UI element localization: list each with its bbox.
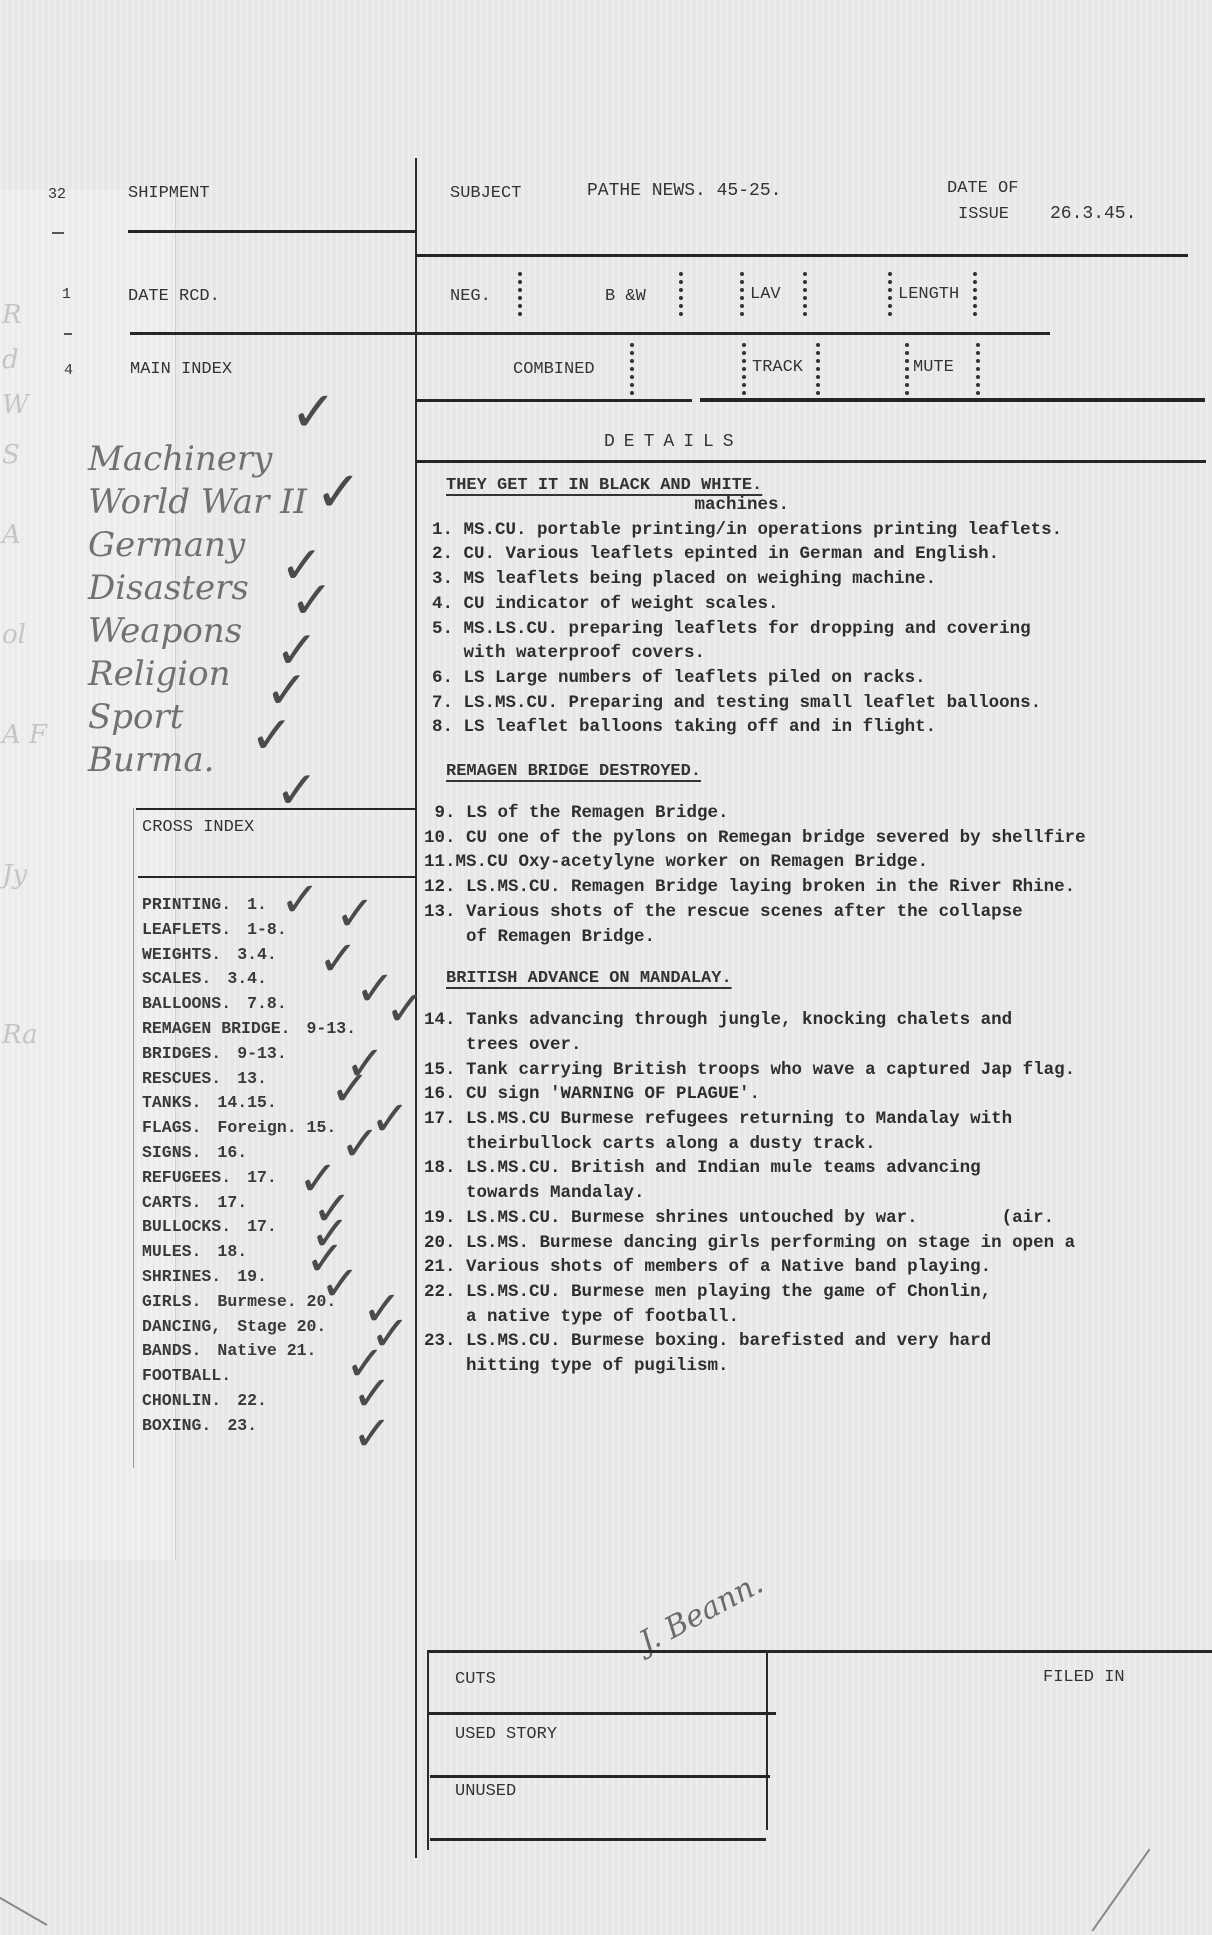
shot-line: hitting type of pugilism. (424, 1354, 1086, 1379)
shot-line: 8. LS leaflet balloons taking off and in… (432, 715, 1086, 740)
cuts-label: CUTS (455, 1670, 496, 1689)
bleed-through-handwriting: R (2, 300, 22, 330)
track-label: TRACK (752, 358, 803, 377)
cross-index-term: BANDS. (142, 1339, 201, 1364)
main-index-entry: Disasters (88, 567, 307, 610)
cross-index-term: MULES. (142, 1240, 201, 1265)
cross-index-ref: 13. (237, 1069, 267, 1088)
filed-in-label: FILED IN (1043, 1668, 1125, 1687)
margin-number: 4 (64, 362, 73, 379)
cross-index-term: BALLOONS. (142, 992, 231, 1017)
bleed-through-handwriting: ol (2, 620, 26, 650)
cross-index-term: SIGNS. (142, 1141, 201, 1166)
cross-index-term: BOXING. (142, 1414, 211, 1439)
cross-index-row: PRINTING.1. (142, 893, 356, 918)
cross-index-row: BALLOONS.7.8. (142, 992, 356, 1017)
shot-line: 21. Various shots of members of a Native… (424, 1255, 1086, 1280)
cross-index-ref: 22. (237, 1391, 267, 1410)
box-border (766, 1650, 768, 1830)
divider (128, 230, 416, 233)
check-mark-icon: ✓ (320, 1260, 360, 1308)
shot-line: towards Mandalay. (424, 1181, 1086, 1206)
cross-index-ref: 17. (247, 1217, 277, 1236)
field-separator (518, 272, 526, 316)
cross-index-row: FLAGS.Foreign. 15. (142, 1116, 356, 1141)
field-separator (740, 272, 748, 316)
cross-index-row: DANCING,Stage 20. (142, 1315, 356, 1340)
cross-index-ref: Burmese. 20. (217, 1292, 336, 1311)
cross-index-term: FLAGS. (142, 1116, 201, 1141)
check-mark-icon: ✓ (280, 876, 320, 924)
cross-index-term: SHRINES. (142, 1265, 221, 1290)
date-of-issue-label: DATE OF (947, 179, 1018, 198)
margin-dash (64, 333, 72, 335)
check-mark-icon: ✓ (275, 765, 319, 817)
cross-index-ref: 17. (217, 1193, 247, 1212)
shot-line: a native type of football. (424, 1305, 1086, 1330)
shot-line: 11.MS.CU Oxy-acetylyne worker on Remagen… (424, 850, 1086, 875)
bw-label: B &W (605, 287, 646, 306)
divider (428, 1712, 776, 1715)
margin-number: 32 (48, 186, 66, 203)
length-label: LENGTH (898, 285, 959, 304)
cross-index-term: CHONLIN. (142, 1389, 221, 1414)
cross-index-term: LEAFLETS. (142, 918, 231, 943)
cross-index-ref: 16. (217, 1143, 247, 1162)
date-rcd-label: DATE RCD. (128, 287, 220, 306)
shot-line: 4. CU indicator of weight scales. (432, 592, 1086, 617)
cross-index-ref: Stage 20. (237, 1317, 326, 1336)
cross-index-term: REFUGEES. (142, 1166, 231, 1191)
field-separator (679, 272, 687, 316)
divider (430, 1775, 770, 1778)
shot-line: 9. LS of the Remagen Bridge. (424, 801, 1086, 826)
shot-line: 13. Various shots of the rescue scenes a… (424, 900, 1086, 925)
date-of-issue-value: 26.3.45. (1050, 204, 1136, 224)
cross-index-ref: 23. (227, 1416, 257, 1435)
shipment-label: SHIPMENT (128, 184, 210, 203)
check-mark-icon: ✓ (352, 1410, 392, 1458)
shot-line: 5. MS.LS.CU. preparing leaflets for drop… (432, 617, 1086, 642)
mute-label: MUTE (913, 358, 954, 377)
folded-corner (0, 1894, 47, 1926)
shot-line: 14. Tanks advancing through jungle, knoc… (424, 1008, 1086, 1033)
check-mark-icon: ✓ (250, 710, 294, 762)
section-heading: BRITISH ADVANCE ON MANDALAY. (446, 969, 1086, 988)
cross-index-row: BOXING.23. (142, 1414, 356, 1439)
bleed-through-handwriting: A F (2, 720, 47, 750)
shot-line: trees over. (424, 1033, 1086, 1058)
shot-line: 2. CU. Various leaflets epinted in Germa… (432, 542, 1086, 567)
folded-corner (1092, 1848, 1151, 1931)
divider (428, 1650, 1212, 1653)
shot-line: 18. LS.MS.CU. British and Indian mule te… (424, 1156, 1086, 1181)
cross-index-row: BRIDGES.9-13. (142, 1042, 356, 1067)
divider (138, 876, 416, 878)
shot-line: 22. LS.MS.CU. Burmese men playing the ga… (424, 1280, 1086, 1305)
cross-index-ref: 14.15. (217, 1093, 276, 1112)
shot-line: 15. Tank carrying British troops who wav… (424, 1058, 1086, 1083)
details-body: THEY GET IT IN BLACK AND WHITE. machines… (432, 476, 1086, 1379)
cross-index-term: CARTS. (142, 1191, 201, 1216)
shot-line: 20. LS.MS. Burmese dancing girls perform… (424, 1231, 1086, 1256)
main-index-entry: Machinery (88, 438, 307, 481)
check-mark-icon: ✓ (330, 1065, 370, 1113)
field-separator (816, 343, 824, 395)
divider (416, 399, 692, 402)
shot-line: 12. LS.MS.CU. Remagen Bridge laying brok… (424, 875, 1086, 900)
date-of-issue-label: ISSUE (958, 205, 1009, 224)
cross-index-term: FOOTBALL. (142, 1364, 231, 1389)
combined-label: COMBINED (513, 360, 595, 379)
subject-label: SUBJECT (450, 184, 521, 203)
divider (700, 398, 1205, 402)
used-story-label: USED STORY (455, 1725, 557, 1744)
section-lines: machines.1. MS.CU. portable printing/in … (432, 493, 1086, 740)
field-separator (742, 343, 750, 395)
bleed-through-handwriting: Ra (2, 1020, 38, 1050)
divider (430, 1838, 766, 1841)
field-separator (630, 343, 638, 395)
lav-label: LAV (750, 285, 781, 304)
cross-index-term: GIRLS. (142, 1290, 201, 1315)
cross-index-term: TANKS. (142, 1091, 201, 1116)
cross-index-row: CHONLIN.22. (142, 1389, 356, 1414)
check-mark-icon: ✓ (315, 465, 362, 521)
shot-line: 17. LS.MS.CU Burmese refugees returning … (424, 1107, 1086, 1132)
check-mark-icon: ✓ (290, 575, 334, 627)
shot-line: 19. LS.MS.CU. Burmese shrines untouched … (424, 1206, 1086, 1231)
cross-index-term: BULLOCKS. (142, 1215, 231, 1240)
cross-index-ref: 7.8. (247, 994, 287, 1013)
margin-dash (52, 232, 64, 234)
section-lines: 14. Tanks advancing through jungle, knoc… (424, 1008, 1086, 1379)
cross-index-ref: 3.4. (237, 945, 277, 964)
cross-index-term: RESCUES. (142, 1067, 221, 1092)
field-separator (976, 343, 984, 395)
margin-number: 1 (62, 286, 71, 303)
divider (416, 254, 1188, 257)
divider (416, 460, 1206, 463)
shot-line: 3. MS leaflets being placed on weighing … (432, 567, 1086, 592)
check-mark-icon: ✓ (385, 985, 425, 1033)
cross-index-row: RESCUES.13. (142, 1067, 356, 1092)
check-mark-icon: ✓ (340, 1120, 380, 1168)
shot-line: 1. MS.CU. portable printing/in operation… (432, 518, 1086, 543)
cross-index-ref: 1. (247, 895, 267, 914)
shot-line: of Remagen Bridge. (424, 925, 1086, 950)
cross-index-term: WEIGHTS. (142, 943, 221, 968)
field-separator (888, 272, 896, 316)
details-title: DETAILS (604, 432, 743, 452)
cross-index-row: REMAGEN BRIDGE.9-13. (142, 1017, 356, 1042)
neg-label: NEG. (450, 287, 491, 306)
check-mark-icon: ✓ (318, 935, 358, 983)
main-index-entry: Germany (88, 524, 307, 567)
cross-index-ref: Foreign. 15. (217, 1118, 336, 1137)
check-mark-icon: ✓ (290, 385, 337, 441)
bleed-through-handwriting: A (2, 520, 21, 550)
bleed-through-handwriting: S (2, 440, 20, 470)
strip-edge (133, 808, 134, 1468)
shot-line: 16. CU sign 'WARNING OF PLAGUE'. (424, 1082, 1086, 1107)
subject-value: PATHE NEWS. 45-25. (587, 181, 781, 201)
cross-index-term: PRINTING. (142, 893, 231, 918)
shot-line: 6. LS Large numbers of leaflets piled on… (432, 666, 1086, 691)
shot-line: with waterproof covers. (432, 641, 1086, 666)
cross-index-ref: 17. (247, 1168, 277, 1187)
cross-index-row: TANKS.14.15. (142, 1091, 356, 1116)
shot-line: theirbullock carts along a dusty track. (424, 1132, 1086, 1157)
cross-index-term: REMAGEN BRIDGE. (142, 1017, 291, 1042)
shot-line: 10. CU one of the pylons on Remegan brid… (424, 826, 1086, 851)
divider (130, 332, 1050, 335)
cross-index-term: DANCING, (142, 1315, 221, 1340)
cross-index-label: CROSS INDEX (142, 818, 254, 837)
shot-line: 7. LS.MS.CU. Preparing and testing small… (432, 691, 1086, 716)
shot-line: machines. (432, 493, 1086, 518)
cross-index-ref: 3.4. (227, 969, 267, 988)
bleed-through-handwriting: d (2, 345, 19, 375)
box-border (427, 1650, 429, 1850)
bleed-through-handwriting: W (2, 390, 29, 420)
cross-index-ref: 18. (217, 1242, 247, 1261)
cross-index-term: SCALES. (142, 967, 211, 992)
field-separator (803, 272, 811, 316)
section-lines: 9. LS of the Remagen Bridge.10. CU one o… (424, 801, 1086, 949)
cross-index-row: BANDS.Native 21. (142, 1339, 356, 1364)
shot-line: 23. LS.MS.CU. Burmese boxing. barefisted… (424, 1329, 1086, 1354)
signature: J. Beann. (634, 1566, 769, 1660)
cross-index-ref: 9-13. (237, 1044, 287, 1063)
cross-index-term: BRIDGES. (142, 1042, 221, 1067)
field-separator (905, 343, 913, 395)
main-index-label: MAIN INDEX (130, 360, 232, 379)
field-separator (973, 272, 981, 316)
cross-index-row: FOOTBALL. (142, 1364, 356, 1389)
cross-index-ref: Native 21. (217, 1341, 316, 1360)
unused-label: UNUSED (455, 1782, 516, 1801)
bleed-through-handwriting: Jy (2, 860, 27, 890)
main-index-entry: World War II (88, 481, 307, 524)
cross-index-ref: 19. (237, 1267, 267, 1286)
section-heading: REMAGEN BRIDGE DESTROYED. (446, 762, 1086, 781)
